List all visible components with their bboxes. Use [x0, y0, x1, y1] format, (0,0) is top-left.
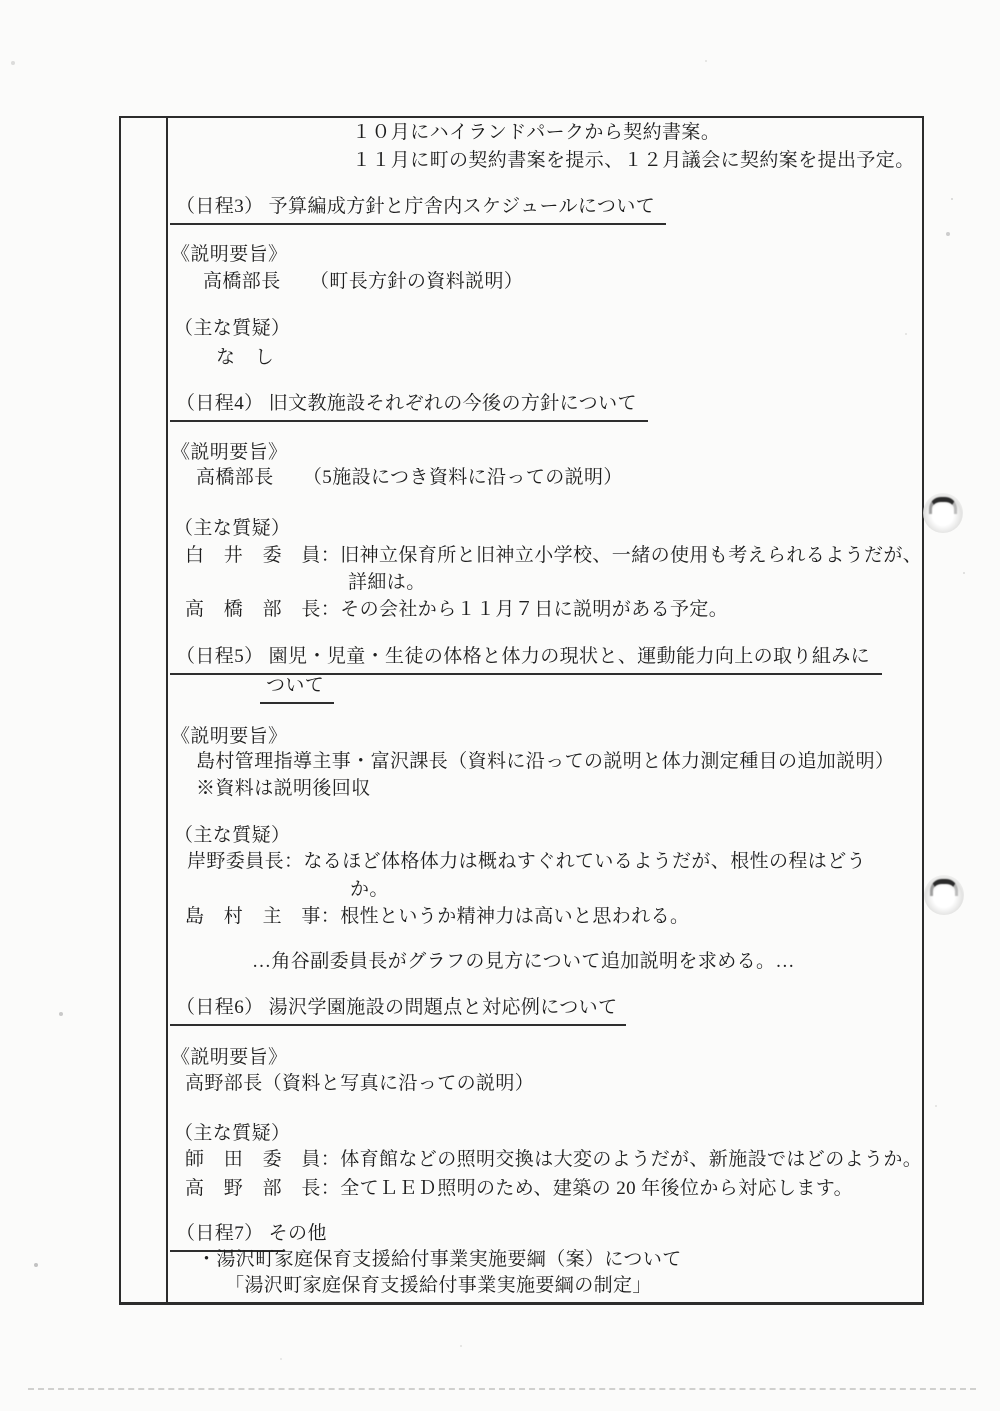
speaker-line: 高 橋 部 長：その会社から１１月７日に説明がある予定。 — [185, 599, 728, 621]
agenda-heading-5-cont: ついて — [266, 675, 334, 704]
bullet-sub-line: 「湯沢町家庭保育支援給付事業実施要綱の制定」 — [225, 1275, 652, 1297]
table-inner-divider — [166, 116, 168, 1302]
questions-label: （主な質疑） — [174, 1123, 290, 1145]
speaker-line: 高橋部長 （5施設につき資料に沿っての説明） — [196, 467, 623, 489]
binder-hole-shadow — [926, 496, 960, 530]
page-bottom-scan-line — [28, 1388, 976, 1390]
speaker-line: 岸野委員長：なるほど体格体力は概ねすぐれているようだが、根性の程はどう — [187, 851, 866, 873]
agenda-heading-7: （日程7） その他 — [176, 1223, 284, 1252]
speaker-line: 島村管理指導主事・富沢課長（資料に沿っての説明と体力測定種目の追加説明） — [196, 751, 894, 773]
narration-line: …角谷副委員長がグラフの見方について追加説明を求める。… — [252, 951, 795, 973]
doc-line: １１月に町の契約書案を提示、１２月議会に契約案を提出予定。 — [352, 150, 915, 172]
binder-hole-shadow — [927, 878, 961, 912]
agenda-heading-4: （日程4） 旧文教施設それぞれの今後の方針について — [176, 393, 648, 422]
explanation-label: 《説明要旨》 — [171, 442, 287, 464]
doc-line: 詳細は。 — [348, 572, 426, 594]
speaker-line: 白 井 委 員：旧神立保育所と旧神立小学校、一緒の使用も考えられるようだが、 — [185, 545, 922, 567]
bullet-line: ・湯沢町家庭保育支援給付事業実施要綱（案）について — [197, 1249, 682, 1271]
questions-label: （主な質疑） — [174, 318, 290, 340]
speaker-line: 高 野 部 長：全てＬＥＤ照明のため、建築の 20 年後位から対応します。 — [185, 1178, 853, 1200]
scanned-page: １０月にハイランドパークから契約書案。 １１月に町の契約書案を提示、１２月議会に… — [0, 0, 1000, 1411]
explanation-label: 《説明要旨》 — [171, 244, 287, 266]
agenda-heading-3: （日程3） 予算編成方針と庁舎内スケジュールについて — [176, 196, 666, 225]
speaker-line: 高野部長（資料と写真に沿っての説明） — [185, 1073, 534, 1095]
scan-speckles — [0, 0, 2, 2]
questions-label: （主な質疑） — [174, 518, 290, 540]
speaker-line: 島 村 主 事：根性というか精神力は高いと思われる。 — [185, 906, 689, 928]
doc-line: な し — [216, 347, 274, 369]
hole-dark-arc — [930, 879, 958, 896]
speaker-line: 師 田 委 員：体育館などの照明交換は大変のようだが、新施設ではどのようか。 — [185, 1149, 922, 1171]
doc-line: か。 — [350, 879, 389, 901]
agenda-heading-5: （日程5） 園児・児童・生徒の体格と体力の現状と、運動能力向上の取り組みに — [176, 646, 882, 675]
agenda-heading-6: （日程6） 湯沢学園施設の問題点と対応例について — [176, 997, 626, 1026]
explanation-label: 《説明要旨》 — [171, 726, 287, 748]
hole-dark-arc — [929, 497, 957, 514]
speaker-line: 高橋部長 （町長方針の資料説明） — [203, 271, 523, 293]
questions-label: （主な質疑） — [174, 825, 290, 847]
explanation-label: 《説明要旨》 — [171, 1047, 287, 1069]
note-line: ※資料は説明後回収 — [196, 778, 371, 800]
doc-line: １０月にハイランドパークから契約書案。 — [352, 122, 720, 144]
